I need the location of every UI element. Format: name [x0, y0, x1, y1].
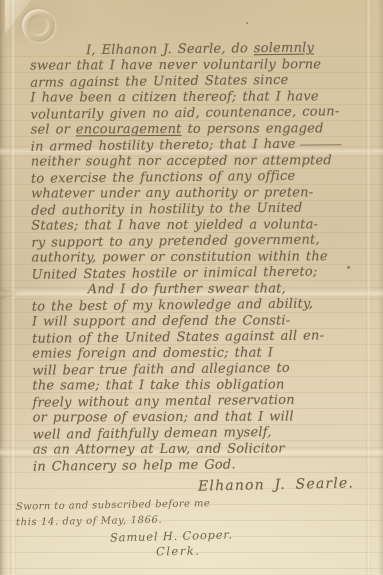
- paper-edge-right: [378, 0, 383, 575]
- underlined-word: solemnly: [254, 41, 314, 57]
- attestation-line-1: Sworn to and subscribed before me: [16, 498, 210, 512]
- manuscript-body: I, Elhanon J. Searle, do solemnlyswear t…: [30, 41, 369, 475]
- paper-edge-left: [0, 0, 8, 575]
- manuscript-line: in Chancery so help me God.: [33, 456, 369, 476]
- filler-stroke: [300, 143, 342, 145]
- clerk-signature: Samuel H. Cooper.: [110, 527, 233, 544]
- attestation-line-2: this 14. day of May, 1866.: [16, 515, 162, 529]
- embossed-seal: [22, 9, 55, 42]
- signature: Elhanon J. Searle.: [198, 475, 354, 494]
- fold-crease-vertical: [10, 0, 16, 575]
- paper-speck: [246, 22, 248, 24]
- underlined-word: encouragement: [76, 122, 182, 137]
- manuscript-page: I, Elhanon J. Searle, do solemnlyswear t…: [0, 0, 383, 575]
- clerk-title: Clerk.: [156, 544, 201, 559]
